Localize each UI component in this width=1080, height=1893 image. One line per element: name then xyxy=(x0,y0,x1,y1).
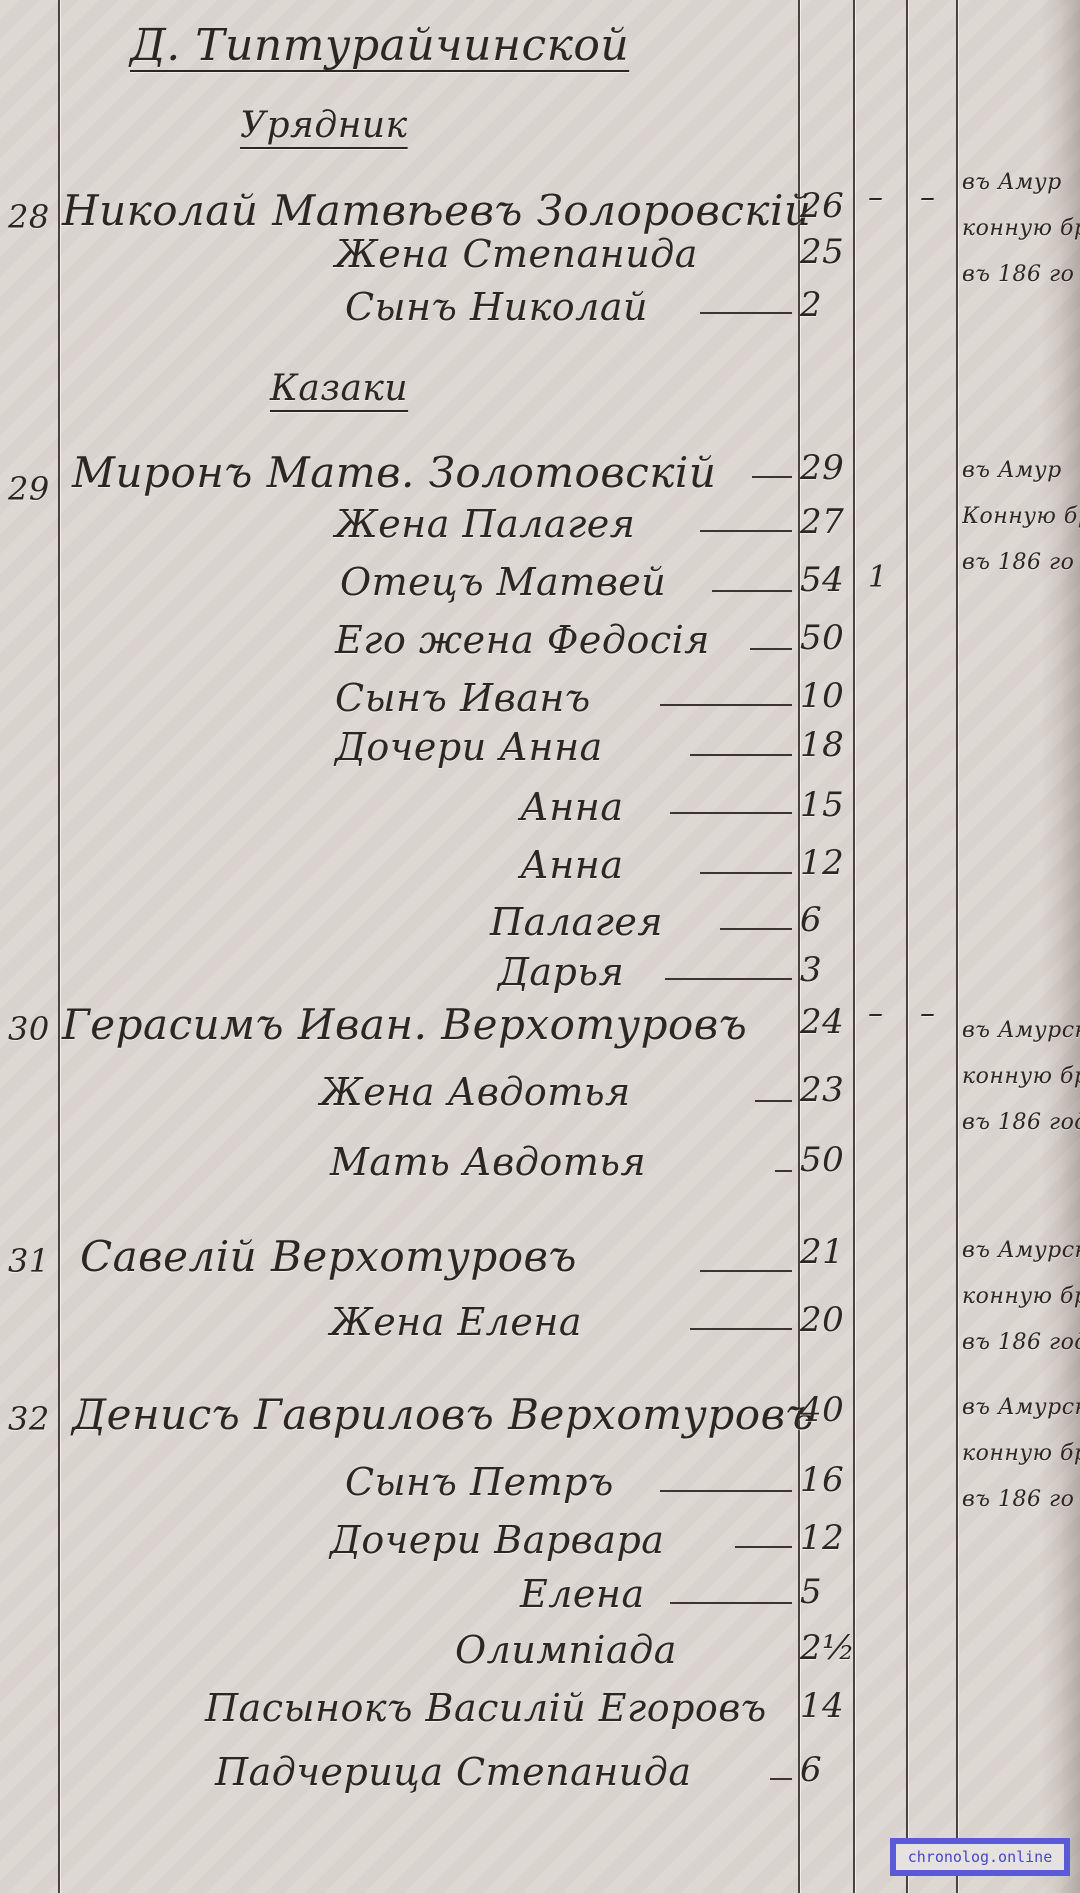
col3-mark: 1 xyxy=(868,560,888,595)
age-value: 12 xyxy=(800,1518,854,1558)
household-head-name: Миронъ Матв. Золотовскій xyxy=(72,448,716,497)
fill-line xyxy=(700,872,792,874)
member-name: Падчерица Степанида xyxy=(215,1750,692,1794)
remark-note: въ Амурск конную бр въ 186 го xyxy=(962,1385,1080,1523)
member-name: Елена xyxy=(520,1572,645,1616)
age-value: 5 xyxy=(800,1572,854,1612)
entry-number: 28 xyxy=(8,198,50,236)
age-value: 24 xyxy=(800,1002,854,1042)
age-value: 2½ xyxy=(800,1628,854,1668)
member-name: Дарья xyxy=(498,950,624,994)
member-name: Жена Степанида xyxy=(335,232,698,276)
age-value: 23 xyxy=(800,1070,854,1110)
col4-mark: – xyxy=(920,180,936,215)
age-value: 2 xyxy=(800,285,854,325)
member-name: Его жена Федосія xyxy=(335,618,710,662)
column-rule-entry-no xyxy=(58,0,60,1893)
fill-line xyxy=(700,312,792,314)
member-name: Жена Палагея xyxy=(335,502,635,546)
member-name: Пасынокъ Василій Егоровъ xyxy=(205,1686,767,1730)
member-name: Дочери Анна xyxy=(335,725,603,769)
fill-line xyxy=(690,1328,792,1330)
member-name: Анна xyxy=(520,843,624,887)
remark-note: въ Амур конную бр въ 186 го xyxy=(962,160,1080,298)
age-value: 50 xyxy=(800,1140,854,1180)
watermark-text: chronolog.online xyxy=(896,1844,1064,1870)
entry-number: 30 xyxy=(8,1010,50,1048)
column-rule-remarks xyxy=(956,0,958,1893)
household-head-name: Савелій Верхотуровъ xyxy=(80,1232,577,1281)
estate-heading-kazaki: Казаки xyxy=(270,368,408,409)
member-name: Отецъ Матвей xyxy=(340,560,666,604)
age-value: 40 xyxy=(800,1390,854,1430)
col4-mark: – xyxy=(920,996,936,1031)
member-name: Жена Авдотья xyxy=(320,1070,631,1114)
fill-line xyxy=(670,812,792,814)
fill-line xyxy=(755,1100,792,1102)
member-name: Мать Авдотья xyxy=(330,1140,646,1184)
household-head-name: Герасимъ Иван. Верхотуровъ xyxy=(62,1000,747,1049)
age-value: 27 xyxy=(800,502,854,542)
age-value: 14 xyxy=(800,1686,854,1726)
age-value: 26 xyxy=(800,186,854,226)
fill-line xyxy=(750,648,792,650)
member-name: Сынъ Николай xyxy=(345,285,648,329)
age-value: 15 xyxy=(800,785,854,825)
age-value: 54 xyxy=(800,560,854,600)
watermark-badge: chronolog.online xyxy=(890,1838,1070,1876)
household-head-name: Денисъ Гавриловъ Верхотуровъ xyxy=(72,1390,814,1439)
fill-line xyxy=(712,590,792,592)
fill-line xyxy=(770,1778,792,1780)
age-value: 10 xyxy=(800,676,854,716)
fill-line xyxy=(690,754,792,756)
age-value: 20 xyxy=(800,1300,854,1340)
member-name: Палагея xyxy=(490,900,663,944)
entry-number: 31 xyxy=(8,1242,50,1280)
fill-line xyxy=(720,928,792,930)
member-name: Жена Елена xyxy=(330,1300,582,1344)
age-value: 3 xyxy=(800,950,854,990)
age-value: 50 xyxy=(800,618,854,658)
column-rule-col4 xyxy=(906,0,908,1893)
household-head-name: Николай Матвѣевъ Золоровскій xyxy=(62,186,811,235)
member-name: Дочери Варвара xyxy=(330,1518,664,1562)
age-value: 18 xyxy=(800,725,854,765)
age-value: 21 xyxy=(800,1232,854,1272)
remark-note: въ Амурску конную бриг въ 186 год xyxy=(962,1228,1080,1366)
register-page: Д. Типтурайчинской Урядник 28 Николай Ма… xyxy=(0,0,1080,1893)
fill-line xyxy=(775,1170,792,1172)
member-name: Сынъ Петръ xyxy=(345,1460,614,1504)
estate-heading-uryadnik: Урядник xyxy=(240,105,408,146)
member-name: Олимпіада xyxy=(455,1628,677,1672)
remark-note: въ Амурск конную бриг въ 186 год xyxy=(962,1008,1080,1146)
member-name: Сынъ Иванъ xyxy=(335,676,591,720)
fill-line xyxy=(660,704,792,706)
fill-line xyxy=(700,1270,792,1272)
fill-line xyxy=(752,476,792,478)
settlement-heading: Д. Типтурайчинской xyxy=(130,20,629,71)
age-value: 16 xyxy=(800,1460,854,1500)
age-value: 25 xyxy=(800,232,854,272)
member-name: Анна xyxy=(520,785,624,829)
remark-note: въ Амур Конную бр въ 186 го xyxy=(962,448,1080,586)
col3-mark: – xyxy=(868,180,884,215)
age-value: 12 xyxy=(800,843,854,883)
entry-number: 32 xyxy=(8,1400,50,1438)
col3-mark: – xyxy=(868,996,884,1031)
fill-line xyxy=(660,1490,792,1492)
fill-line xyxy=(700,530,792,532)
fill-line xyxy=(670,1602,792,1604)
age-value: 29 xyxy=(800,448,854,488)
age-value: 6 xyxy=(800,900,854,940)
fill-line xyxy=(665,978,792,980)
entry-number: 29 xyxy=(8,470,50,508)
age-value: 6 xyxy=(800,1750,854,1790)
fill-line xyxy=(735,1546,792,1548)
